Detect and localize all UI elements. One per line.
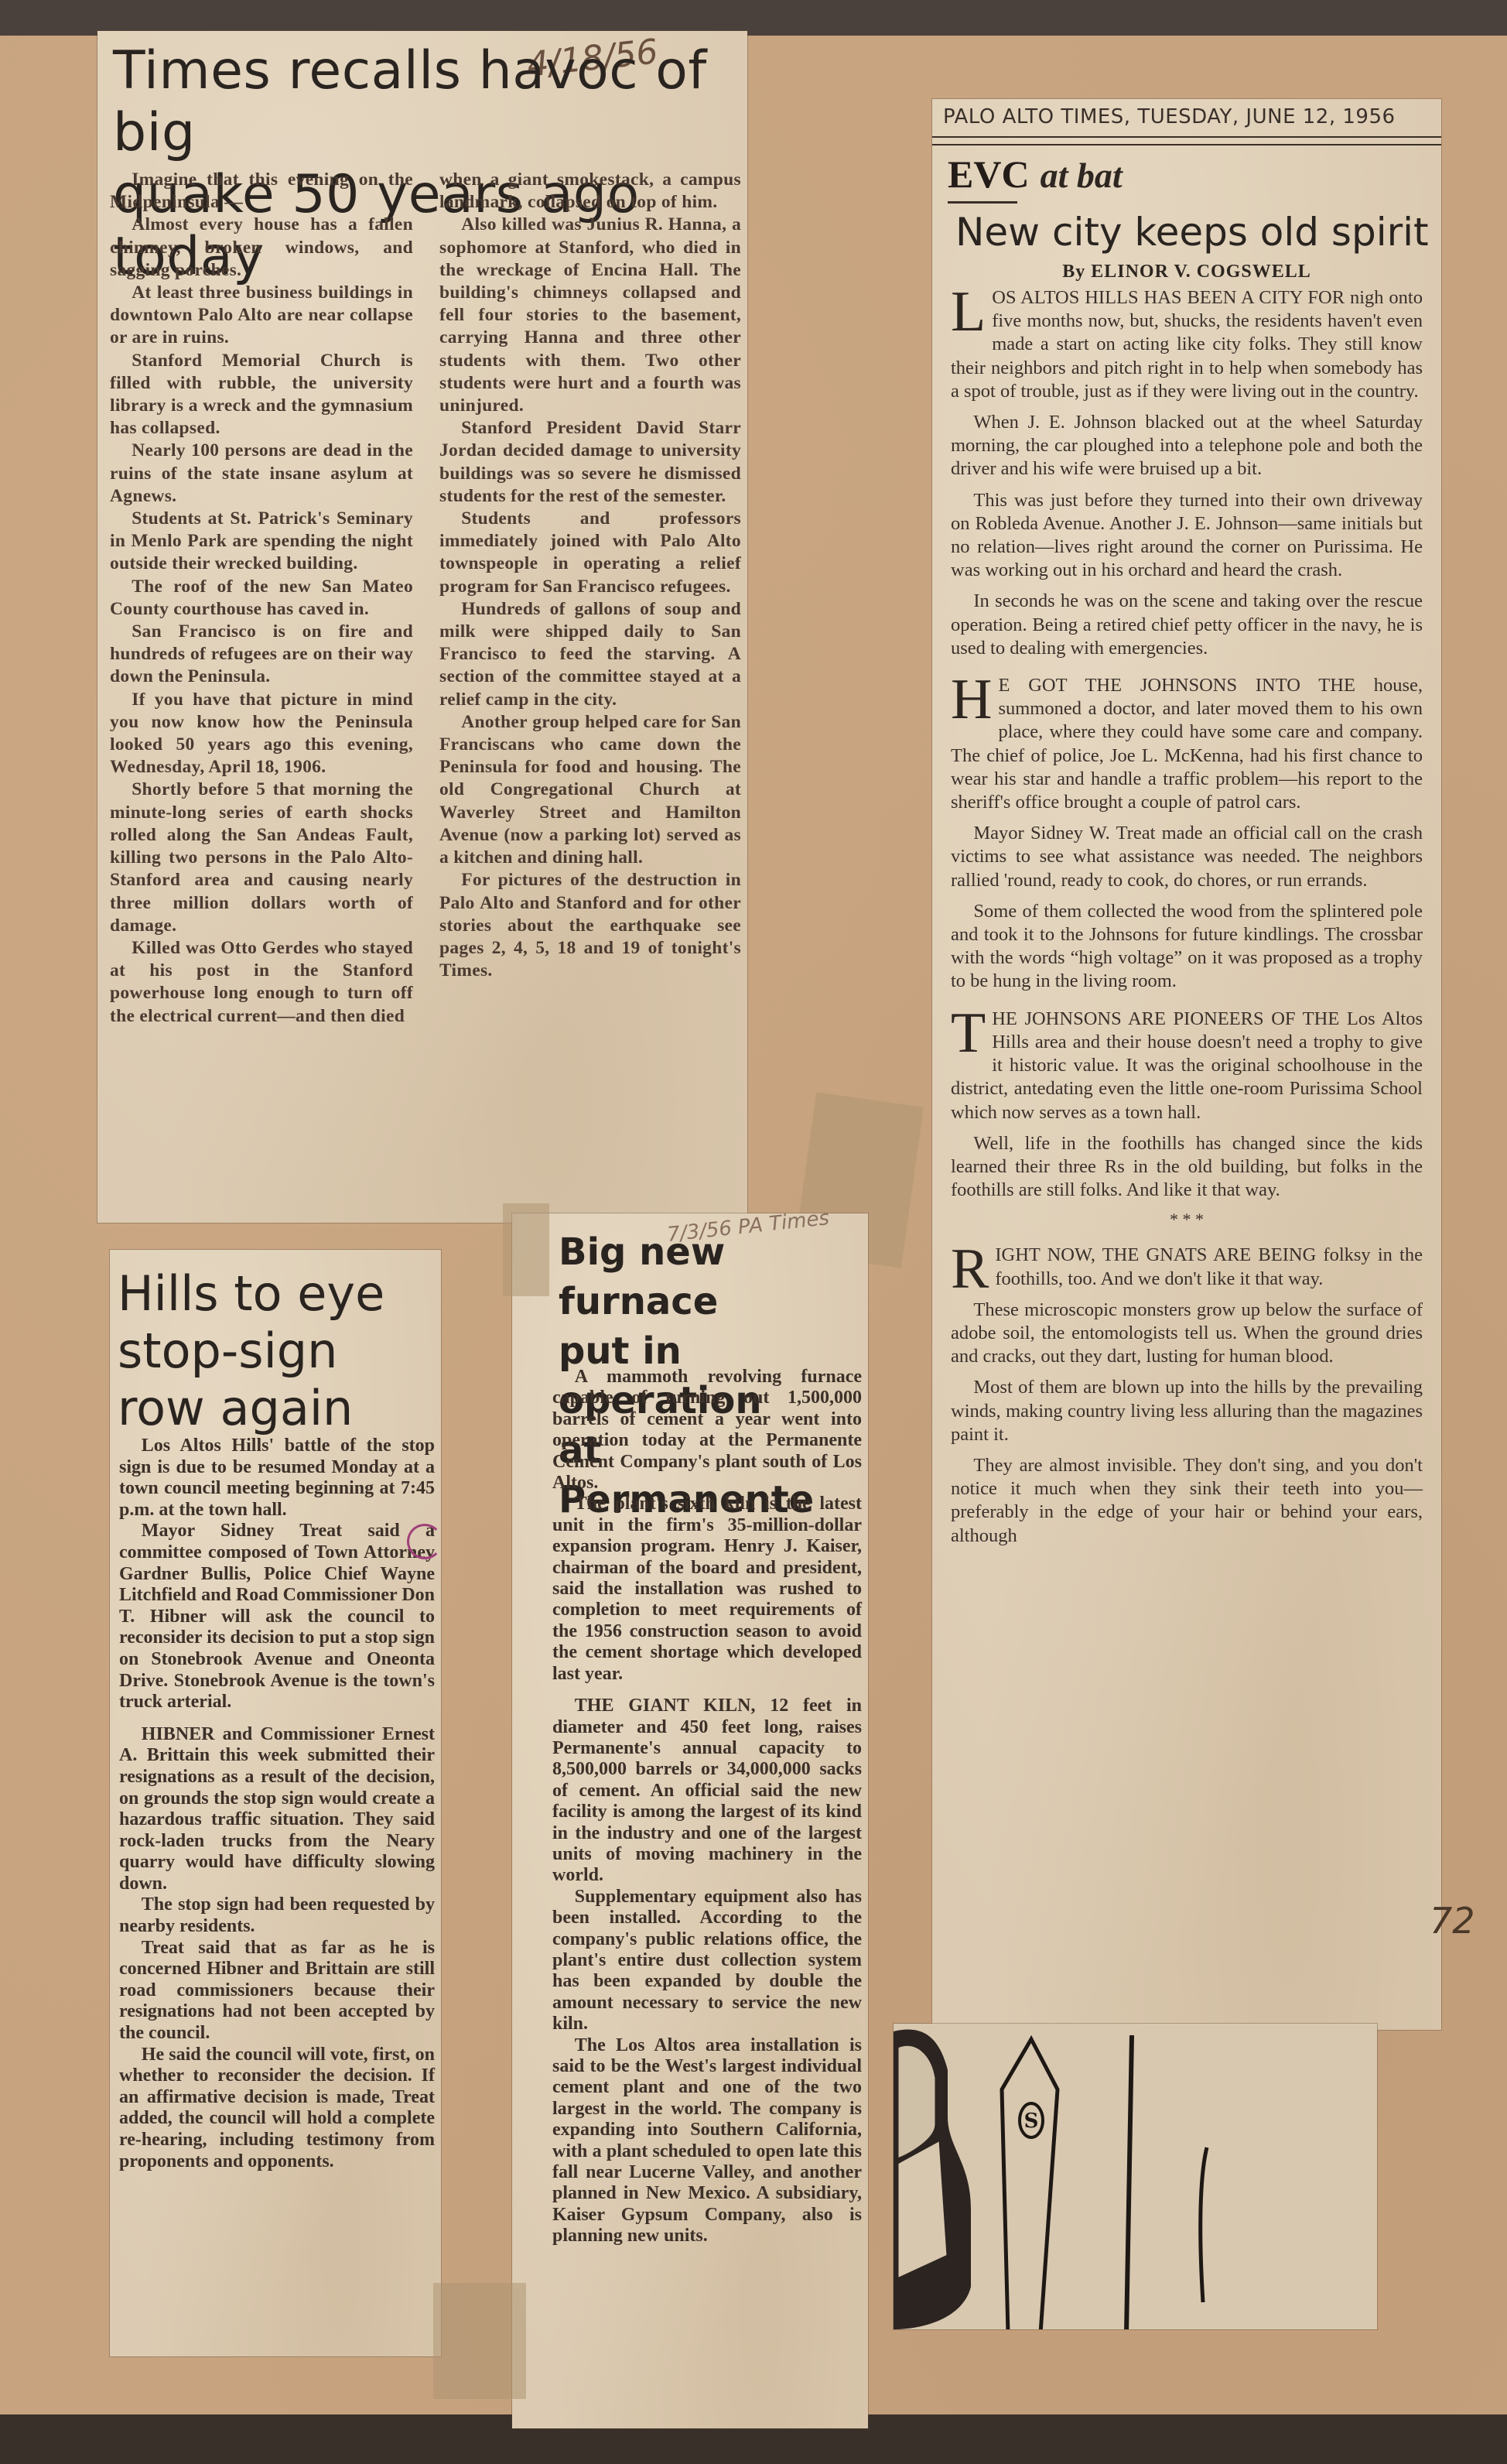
evc-article-clipping: PALO ALTO TIMES, TUESDAY, JUNE 12, 1956 …	[932, 99, 1441, 2030]
furnace-headline-line1: Big new furnace	[559, 1230, 725, 1323]
quake-paragraph: Imagine that this evening on the Midpeni…	[110, 169, 413, 214]
furnace-paragraph: A mammoth revolving furnace capable of t…	[552, 1367, 862, 1494]
drop-cap: L	[951, 288, 986, 336]
caps-lead: IGHT NOW, THE GNATS ARE BEING	[995, 1244, 1316, 1265]
furnace-paragraph: The plant's sixth kiln is the latest uni…	[552, 1494, 862, 1685]
caps-lead: E GOT THE JOHNSONS INTO THE	[998, 675, 1355, 696]
svg-text:S: S	[1024, 2110, 1039, 2133]
quake-paragraph: Hundreds of gallons of soup and milk wer…	[439, 598, 741, 711]
quake-paragraph: Also killed was Junius R. Hanna, a sopho…	[439, 214, 741, 417]
hills-body: Los Altos Hills' battle of the stop sign…	[119, 1436, 435, 2172]
evc-headline: New city keeps old spirit	[955, 207, 1429, 257]
evc-paragraph: Most of them are blown up into the hills…	[951, 1376, 1423, 1446]
quake-paragraph: At least three business buildings in dow…	[110, 282, 413, 350]
hills-paragraph: Mayor Sidney Treat said a committee comp…	[119, 1521, 435, 1713]
caps-lead: OS ALTOS HILLS HAS BEEN A CITY FOR	[992, 287, 1345, 308]
illustration-drawing: S	[894, 2024, 1377, 2329]
quake-paragraph: Students and professors immediately join…	[439, 508, 741, 598]
quake-paragraph: Stanford President David Starr Jordan de…	[439, 417, 741, 508]
evc-paragraph: When J. E. Johnson blacked out at the wh…	[951, 411, 1423, 481]
drop-cap: R	[951, 1245, 989, 1293]
hills-headline: Hills to eye stop-sign row again	[118, 1265, 384, 1437]
hills-paragraph: The stop sign had been requested by near…	[119, 1894, 435, 1937]
section-separator: * * *	[951, 1210, 1423, 1230]
evc-paragraph: This was just before they turned into th…	[951, 489, 1423, 583]
evc-section-lead-paragraph: LOS ALTOS HILLS HAS BEEN A CITY FOR nigh…	[951, 286, 1423, 403]
hills-article-clipping: Hills to eye stop-sign row again Los Alt…	[110, 1250, 441, 2356]
byline: By ELINOR V. COGSWELL	[932, 262, 1441, 282]
evc-paragraph: Some of them collected the wood from the…	[951, 900, 1423, 994]
evc-paragraph: These microscopic monsters grow up below…	[951, 1299, 1423, 1369]
quake-paragraph: Shortly before 5 that morning the minute…	[110, 779, 413, 936]
evc-section-lead-paragraph: RIGHT NOW, THE GNATS ARE BEING folksy in…	[951, 1244, 1423, 1290]
furnace-subhead-paragraph: THE GIANT KILN, 12 feet in diameter and …	[552, 1696, 862, 1887]
column-suffix: at bat	[1041, 156, 1123, 195]
drop-cap: H	[951, 676, 992, 724]
quake-paragraph: The roof of the new San Mateo County cou…	[110, 576, 413, 621]
hills-paragraph: He said the council will vote, first, on…	[119, 2045, 435, 2173]
quake-paragraph: Almost every house has a fallen chimney,…	[110, 214, 413, 282]
column-title: EVC at bat	[948, 152, 1123, 197]
furnace-paragraph: Supplementary equipment also has been in…	[552, 1887, 862, 2035]
masthead: PALO ALTO TIMES, TUESDAY, JUNE 12, 1956	[943, 105, 1396, 128]
quake-paragraph: Stanford Memorial Church is filled with …	[110, 350, 413, 440]
evc-paragraph: In seconds he was on the scene and takin…	[951, 590, 1423, 660]
quake-paragraph: Killed was Otto Gerdes who stayed at his…	[110, 937, 413, 1028]
quake-col-1: Imagine that this evening on the Midpeni…	[110, 169, 413, 1028]
furnace-article-clipping: 7/3/56 PA Times Big new furnace put in o…	[512, 1213, 868, 2428]
hills-headline-line1: Hills to eye	[118, 1265, 384, 1322]
hills-headline-line3: row again	[118, 1380, 353, 1436]
tape-strip	[433, 2283, 526, 2399]
drop-cap: T	[951, 1009, 986, 1057]
subhead-lead: THE GIANT KILN,	[575, 1696, 756, 1716]
quake-paragraph: If you have that picture in mind you now…	[110, 689, 413, 779]
ad-illustration: S	[894, 2024, 1377, 2329]
subhead-lead: HIBNER	[142, 1724, 215, 1744]
tape-strip	[503, 1203, 549, 1296]
evc-section-lead-paragraph: HE GOT THE JOHNSONS INTO THE house, summ…	[951, 674, 1423, 814]
evc-paragraph: Mayor Sidney W. Treat made an official c…	[951, 822, 1423, 892]
page-number-note: 72	[1430, 1900, 1475, 1942]
hills-subhead-paragraph: HIBNER and Commissioner Ernest A. Britta…	[119, 1724, 435, 1895]
masthead-rule-2	[932, 144, 1441, 145]
evc-body: LOS ALTOS HILLS HAS BEEN A CITY FOR nigh…	[951, 286, 1423, 1555]
hills-headline-line2: stop-sign	[118, 1323, 337, 1379]
evc-paragraph: Well, life in the foothills has changed …	[951, 1132, 1423, 1203]
quake-paragraph: Students at St. Patrick's Seminary in Me…	[110, 508, 413, 576]
quake-paragraph: For pictures of the destruction in Palo …	[439, 869, 741, 982]
column-title-rule	[948, 201, 1017, 204]
quake-col-2: when a giant smokestack, a campus landma…	[439, 169, 741, 982]
furnace-paragraph: The Los Altos area installation is said …	[552, 2035, 862, 2247]
hills-paragraph: Treat said that as far as he is concerne…	[119, 1938, 435, 2045]
quake-paragraph: San Francisco is on fire and hundreds of…	[110, 621, 413, 689]
quake-paragraph: Another group helped care for San Franci…	[439, 711, 741, 869]
furnace-body: A mammoth revolving furnace capable of t…	[552, 1367, 862, 2247]
editor-mark-circle	[407, 1524, 443, 1559]
column-name: EVC	[948, 152, 1030, 196]
hills-paragraph: Los Altos Hills' battle of the stop sign…	[119, 1436, 435, 1521]
quake-article-clipping: 4/18/56 Times recalls havoc of big quake…	[97, 31, 747, 1223]
masthead-rule	[932, 136, 1441, 138]
caps-lead: HE JOHNSONS ARE PIONEERS OF THE	[992, 1008, 1339, 1029]
evc-paragraph: They are almost invisible. They don't si…	[951, 1454, 1423, 1548]
quake-paragraph: Nearly 100 persons are dead in the ruins…	[110, 440, 413, 508]
quake-paragraph-continued: when a giant smokestack, a campus landma…	[439, 169, 741, 214]
quake-headline-line1: Times recalls havoc of big	[113, 40, 707, 163]
evc-section-lead-paragraph: THE JOHNSONS ARE PIONEERS OF THE Los Alt…	[951, 1008, 1423, 1124]
